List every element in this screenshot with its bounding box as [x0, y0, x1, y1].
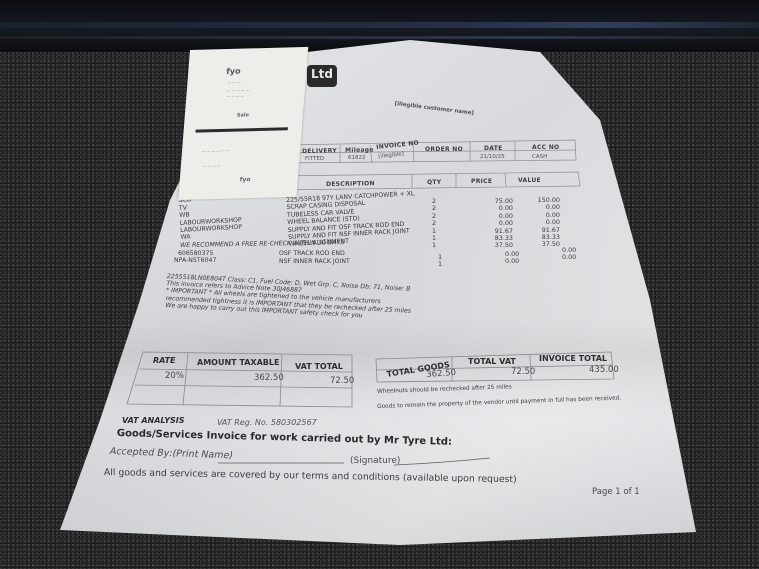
item-price: 37.50: [489, 242, 513, 249]
vat-col-amount-taxable: AMOUNT TAXABLE: [197, 358, 279, 367]
vat-rate: 20%: [165, 371, 184, 381]
col-date: DATE: [484, 145, 503, 152]
invoice-total-label: INVOICE TOTAL: [539, 354, 607, 363]
vat-col-vat-total: VAT TOTAL: [295, 362, 343, 371]
receipt-line: — — — — —: [227, 88, 250, 93]
receipt-divider-bar: [195, 127, 287, 132]
total-vat-label: TOTAL VAT: [468, 357, 516, 366]
part-description: NSF INNER RACK JOINT: [279, 258, 350, 265]
col-qty: QTY: [427, 179, 441, 186]
total-vat-value: 72.50: [511, 367, 535, 377]
vat-amount-taxable: 362.50: [254, 373, 284, 383]
part-qty: 1: [438, 261, 442, 268]
col-acc-no: ACC NO: [532, 144, 559, 151]
part-value: 0.00: [562, 254, 576, 261]
work-statement: Goods/Services Invoice for work carried …: [117, 428, 452, 448]
receipt-footer-logo: fyo: [239, 176, 250, 183]
col-delivery: DELIVERY: [302, 147, 337, 155]
invoice-notes: 2255518LN0E804T Class: C1, Fuel Code: D,…: [165, 273, 412, 322]
receipt-line: — — — — — —: [202, 149, 230, 154]
page-number: Page 1 of 1: [592, 487, 640, 497]
signature-label: (Signature): [350, 456, 400, 466]
item-values: 150.00 0.00 0.00 0.00 91.67 83.33 37.50: [534, 197, 560, 249]
vat-reg-number: VAT Reg. No. 580302567: [217, 418, 317, 427]
invoice-no-value: [illegible]: [378, 151, 404, 160]
item-value: 37.50: [534, 241, 560, 248]
card-receipt-slip: fyo — — — — — — — — — — — — Sale — — — —…: [178, 47, 308, 200]
acc-no-value: CASH: [532, 154, 547, 160]
receipt-status: Sale: [237, 112, 250, 118]
part-description: OSF TRACK ROD END: [279, 250, 345, 257]
col-value: VALUE: [518, 177, 541, 184]
wheelnuts-note: Wheelnuts should be rechecked after 25 m…: [377, 384, 512, 395]
receipt-logo: fyo: [226, 67, 241, 76]
part-price: 0.00: [505, 258, 519, 265]
vat-analysis-label: VAT ANALYSIS: [122, 416, 185, 425]
receipt-line: — — — —: [203, 164, 221, 168]
col-price: PRICE: [471, 178, 492, 185]
ownership-note: Goods to remain the property of the vend…: [377, 395, 621, 410]
total-goods-value: 362.50: [426, 368, 456, 380]
accepted-by-label: Accepted By:(Print Name): [110, 446, 234, 461]
terms-statement: All goods and services are covered by ou…: [104, 467, 517, 485]
customer-header: [illegible customer name]: [394, 101, 474, 117]
invoice-total-value: 435.00: [589, 365, 619, 375]
col-invoice-no: INVOICE NO: [376, 140, 419, 151]
item-prices: 75.00 0.00 0.00 0.00 91.67 83.33 37.50: [489, 198, 513, 250]
invoice-content: Ltd [illegible customer name] DELIVERY M…: [0, 0, 759, 569]
item-qty: 1: [432, 242, 436, 249]
company-badge: Ltd: [311, 67, 333, 81]
col-order-no: ORDER NO: [425, 146, 463, 153]
vat-col-rate: RATE: [153, 356, 176, 365]
receipt-line: — — — —: [226, 94, 244, 98]
col-mileage: Mileage: [345, 146, 374, 153]
recheck-recommendation: WE RECOMMEND A FREE RE-CHECK WITHIN 30 D…: [180, 239, 344, 249]
col-description: DESCRIPTION: [326, 180, 375, 188]
receipt-line: — — —: [227, 81, 240, 85]
vat-total: 72.50: [330, 376, 354, 386]
part-code: NPA-NST6047: [174, 257, 216, 264]
date-value: 21/10/25: [480, 154, 505, 160]
item-qtys: 2 2 2 2 1 1 1: [432, 198, 436, 250]
mileage-value: 61822: [348, 155, 366, 161]
delivery-value: FITTED: [305, 156, 324, 162]
